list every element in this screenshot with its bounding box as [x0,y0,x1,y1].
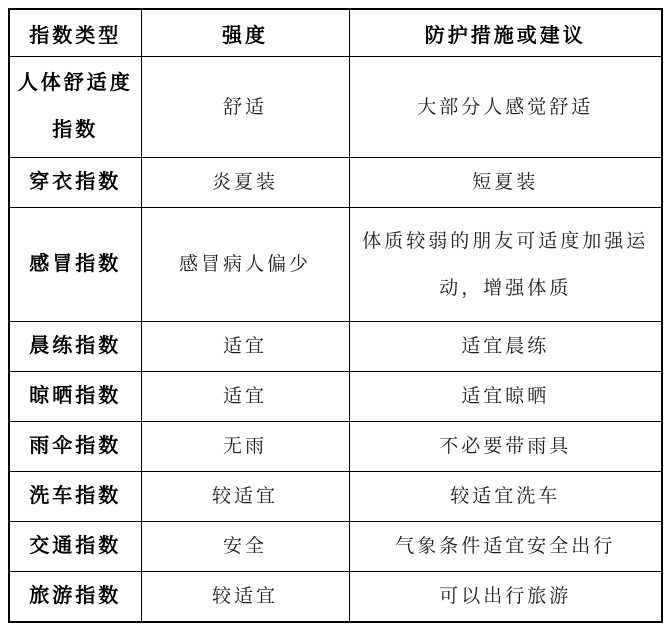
intensity-cell: 感冒病人偏少 [141,208,349,322]
intensity-cell: 较适宜 [141,572,349,622]
advice-cell: 适宜晾晒 [349,372,662,422]
intensity-cell: 炎夏装 [141,158,349,208]
table-row: 雨伞指数无雨不必要带雨具 [9,422,662,472]
intensity-cell: 适宜 [141,322,349,372]
index-type-cell: 晾晒指数 [9,372,141,422]
table-row: 旅游指数较适宜可以出行旅游 [9,572,662,622]
table-row: 人体舒适度指数舒适大部分人感觉舒适 [9,57,662,158]
table-header: 指数类型强度防护措施或建议 [9,9,662,57]
index-type-cell: 旅游指数 [9,572,141,622]
column-header: 指数类型 [9,9,141,57]
table-row: 洗车指数较适宜较适宜洗车 [9,472,662,522]
intensity-cell: 安全 [141,522,349,572]
table-row: 交通指数安全气象条件适宜安全出行 [9,522,662,572]
advice-cell: 气象条件适宜安全出行 [349,522,662,572]
column-header: 强度 [141,9,349,57]
advice-cell: 可以出行旅游 [349,572,662,622]
table-row: 晾晒指数适宜适宜晾晒 [9,372,662,422]
weather-index-table: 指数类型强度防护措施或建议 人体舒适度指数舒适大部分人感觉舒适穿衣指数炎夏装短夏… [8,8,663,623]
intensity-cell: 无雨 [141,422,349,472]
table-body: 人体舒适度指数舒适大部分人感觉舒适穿衣指数炎夏装短夏装感冒指数感冒病人偏少体质较… [9,57,662,622]
advice-cell: 不必要带雨具 [349,422,662,472]
table-row: 穿衣指数炎夏装短夏装 [9,158,662,208]
table-row: 感冒指数感冒病人偏少体质较弱的朋友可适度加强运动，增强体质 [9,208,662,322]
advice-cell: 短夏装 [349,158,662,208]
advice-cell: 较适宜洗车 [349,472,662,522]
advice-cell: 适宜晨练 [349,322,662,372]
advice-cell: 大部分人感觉舒适 [349,57,662,158]
index-type-cell: 晨练指数 [9,322,141,372]
intensity-cell: 较适宜 [141,472,349,522]
index-type-cell: 交通指数 [9,522,141,572]
index-type-cell: 穿衣指数 [9,158,141,208]
header-row: 指数类型强度防护措施或建议 [9,9,662,57]
intensity-cell: 适宜 [141,372,349,422]
index-type-cell: 感冒指数 [9,208,141,322]
index-type-cell: 洗车指数 [9,472,141,522]
column-header: 防护措施或建议 [349,9,662,57]
intensity-cell: 舒适 [141,57,349,158]
table-row: 晨练指数适宜适宜晨练 [9,322,662,372]
index-type-cell: 雨伞指数 [9,422,141,472]
advice-cell: 体质较弱的朋友可适度加强运动，增强体质 [349,208,662,322]
index-type-cell: 人体舒适度指数 [9,57,141,158]
